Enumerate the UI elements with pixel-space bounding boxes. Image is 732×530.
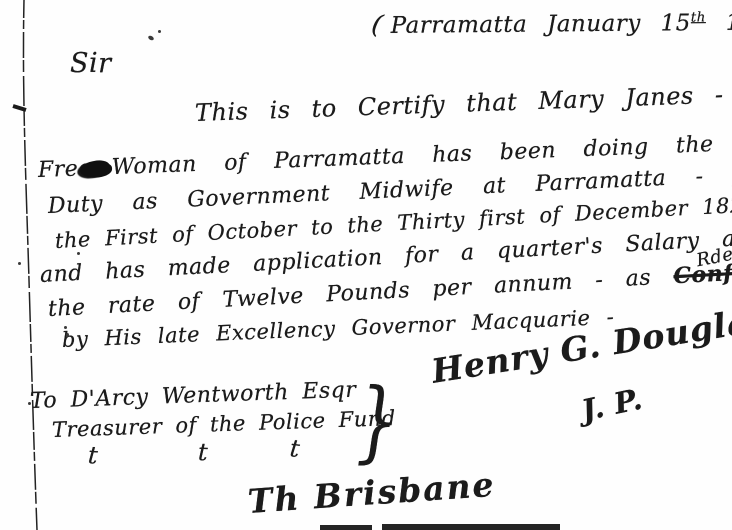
fold-tick-mark [13,106,26,110]
dateline-year: 1822 [726,9,732,36]
ink-speck [158,30,161,33]
salutation: Sir [70,48,112,79]
ink-speck [28,402,31,405]
pen-cross-mark: t [289,434,302,463]
correction-group: Rden'sConfirmed [673,256,732,289]
address-brace: } [356,376,398,466]
pen-cross-mark: t [198,438,209,466]
ink-speck [66,333,69,337]
fold-line [23,0,37,530]
ink-speck [77,252,80,255]
ink-speck [18,262,21,265]
scan-artifact-bar [320,525,372,530]
ink-speck [147,35,154,41]
scanned-letter-page: (Parramatta January 15th 1822 Sir This i… [0,0,732,530]
signature-title: J. P. [578,382,645,428]
dateline-ordinal: th [691,10,706,25]
dateline: (Parramatta January 15th 1822 [372,6,732,40]
dateline-place-date: Parramatta January 15 [391,10,691,39]
ink-speck [64,326,67,329]
countersignature: Th Brisbane [247,465,497,521]
pen-cross-mark: t [87,441,99,470]
scan-artifact-bar [382,524,560,530]
body-line-1: This is to Certify that Mary Janes - [195,81,724,127]
pen-flourish: ( [369,9,385,41]
